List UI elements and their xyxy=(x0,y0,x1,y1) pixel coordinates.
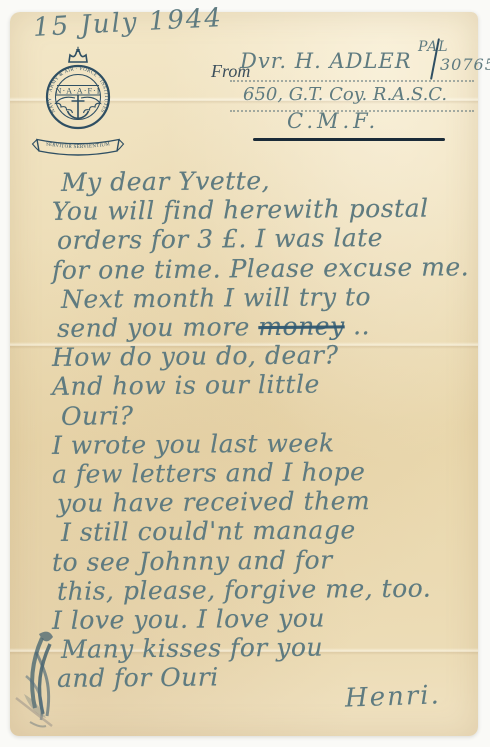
body-line: for one time. Please excuse me. xyxy=(52,252,484,285)
body-line: I love you. I love you xyxy=(52,602,484,635)
service-ref-prefix: PAL xyxy=(418,39,449,55)
body-line: you have received them xyxy=(57,485,484,518)
struck-word: money xyxy=(258,311,345,341)
body-line: orders for 3 £. I was late xyxy=(57,223,484,256)
body-line-text: .. xyxy=(345,311,371,340)
body-line: Ouri? xyxy=(61,398,484,431)
form-dotted-line xyxy=(230,80,474,82)
body-line: a few letters and I hope xyxy=(52,456,484,489)
scanned-letter: 15 July 1944 N·A·A·F·I NAVY · ARMY & AIR… xyxy=(0,0,490,747)
body-line: Next month I will try to xyxy=(61,281,484,314)
body-line: I wrote you last week xyxy=(52,427,484,460)
body-line: I still could'nt manage xyxy=(61,515,484,548)
sender-name: Dvr. H. ADLER xyxy=(240,49,412,73)
body-line: Many kisses for you xyxy=(61,631,484,664)
ink-smudge-mark xyxy=(12,626,84,738)
crown-icon xyxy=(69,50,87,62)
letter-body: My dear Yvette, You will find herewith p… xyxy=(52,166,484,692)
salutation: My dear Yvette, xyxy=(61,164,484,197)
anchor-icon xyxy=(68,95,89,119)
body-line-text: send you more xyxy=(57,312,259,343)
crest-acronym: N·A·A·F·I xyxy=(56,86,101,95)
body-line: to see Johnny and for xyxy=(52,544,484,577)
body-line: How do you do, dear? xyxy=(52,339,484,372)
naafi-crest-icon: N·A·A·F·I NAVY · ARMY & AIR · FORCE · IN… xyxy=(27,45,129,165)
underline-rule xyxy=(253,138,445,141)
left-wing-icon xyxy=(56,97,76,113)
sender-unit: 650, G.T. Coy. R.A.S.C. xyxy=(243,84,447,105)
sender-theatre: C.M.F. xyxy=(287,109,379,133)
body-line: send you more money .. xyxy=(57,310,484,343)
right-wing-icon xyxy=(81,97,101,113)
body-line: this, please, forgive me, too. xyxy=(57,573,484,606)
service-ref-number: 30765 xyxy=(440,55,490,74)
body-line: And how is our little xyxy=(52,369,484,402)
body-line: You will find herewith postal xyxy=(52,193,484,226)
signature: Henri. xyxy=(345,680,442,713)
